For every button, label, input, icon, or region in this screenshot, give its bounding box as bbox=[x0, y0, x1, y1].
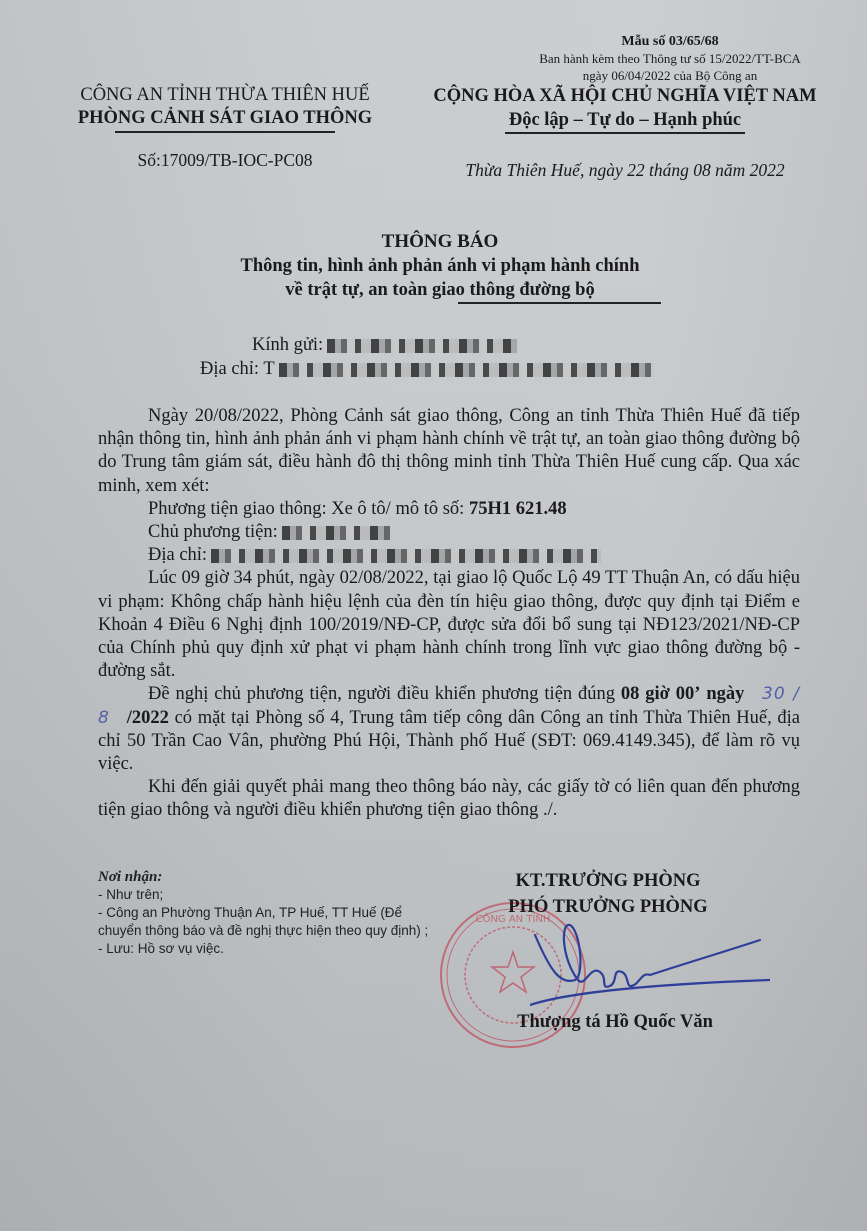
motto-underline bbox=[505, 132, 745, 134]
paragraph-closing: Khi đến giải quyết phải mang theo thông … bbox=[98, 776, 800, 822]
paragraph-violation: Lúc 09 giờ 34 phút, ngày 02/08/2022, tại… bbox=[98, 567, 800, 683]
form-reference: Mẫu số 03/65/68 Ban hành kèm theo Thông … bbox=[505, 33, 835, 84]
national-header: CỘNG HÒA XÃ HỘI CHỦ NGHĨA VIỆT NAM Độc l… bbox=[405, 84, 845, 134]
recipient-address-label: Địa chỉ: T bbox=[200, 359, 275, 379]
handwritten-signature-icon bbox=[530, 910, 770, 1020]
agency-parent: CÔNG AN TỈNH THỪA THIÊN HUẾ bbox=[55, 84, 395, 106]
redacted-name bbox=[327, 339, 517, 353]
country-name: CỘNG HÒA XÃ HỘI CHỦ NGHĨA VIỆT NAM bbox=[405, 84, 845, 108]
recipients-item: - Như trên; bbox=[98, 886, 438, 904]
owner-address-line: Địa chỉ: bbox=[98, 544, 800, 567]
title-subtitle-2: về trật tự, an toàn giao thông đường bộ bbox=[160, 278, 720, 302]
recipient-to-label: Kính gửi: bbox=[252, 335, 323, 355]
paragraph-summons: Đề nghị chủ phương tiện, người điều khiể… bbox=[98, 683, 800, 776]
recipients-item: - Lưu: Hồ sơ vụ việc. bbox=[98, 940, 438, 958]
recipients-item: - Công an Phường Thuận An, TP Huế, TT Hu… bbox=[98, 904, 438, 940]
redacted-address bbox=[279, 363, 654, 377]
summons-day-label: ngày bbox=[706, 684, 744, 704]
vehicle-line: Phương tiện giao thông: Xe ô tô/ mô tô s… bbox=[98, 498, 800, 521]
document-number: Số:17009/TB-IOC-PC08 bbox=[55, 150, 395, 171]
recipients-heading: Nơi nhận: bbox=[98, 868, 438, 886]
form-issued-with: Ban hành kèm theo Thông tư số 15/2022/TT… bbox=[505, 50, 835, 67]
paragraph-intro: Ngày 20/08/2022, Phòng Cảnh sát giao thô… bbox=[98, 405, 800, 498]
signer-position-1: KT.TRƯỞNG PHÒNG bbox=[468, 868, 748, 894]
form-issued-date: ngày 06/04/2022 của Bộ Công an bbox=[505, 67, 835, 84]
document-body: Ngày 20/08/2022, Phòng Cảnh sát giao thô… bbox=[98, 405, 800, 823]
owner-line: Chủ phương tiện: bbox=[98, 521, 800, 544]
recipient-address: Địa chỉ: T bbox=[200, 357, 720, 381]
recipients-list: Nơi nhận: - Như trên; - Công an Phường T… bbox=[98, 868, 438, 958]
summons-time: 08 giờ 00’ bbox=[621, 684, 701, 704]
title-main: THÔNG BÁO bbox=[160, 230, 720, 254]
recipient-to: Kính gửi: bbox=[200, 333, 720, 357]
agency-underline bbox=[115, 131, 335, 133]
agency-department: PHÒNG CẢNH SÁT GIAO THÔNG bbox=[55, 106, 395, 130]
agency-header: CÔNG AN TỈNH THỪA THIÊN HUẾ PHÒNG CẢNH S… bbox=[55, 84, 395, 133]
summons-year: /2022 bbox=[127, 708, 169, 728]
document-title: THÔNG BÁO Thông tin, hình ảnh phản ánh v… bbox=[160, 230, 720, 304]
title-underline bbox=[458, 302, 661, 304]
owner-address-label: Địa chỉ: bbox=[148, 545, 207, 565]
place-date: Thừa Thiên Huế, ngày 22 tháng 08 năm 202… bbox=[405, 160, 845, 181]
vehicle-plate: 75H1 621.48 bbox=[469, 499, 567, 519]
summons-start: Đề nghị chủ phương tiện, người điều khiể… bbox=[148, 684, 621, 704]
redacted-owner-address bbox=[211, 549, 601, 563]
signer-name: Thượng tá Hồ Quốc Văn bbox=[465, 1012, 765, 1033]
redacted-owner bbox=[282, 526, 392, 540]
form-number: Mẫu số 03/65/68 bbox=[505, 33, 835, 50]
title-subtitle-1: Thông tin, hình ảnh phản ánh vi phạm hàn… bbox=[160, 254, 720, 278]
owner-label: Chủ phương tiện: bbox=[148, 522, 278, 542]
summons-rest: có mặt tại Phòng số 4, Trung tâm tiếp cô… bbox=[98, 708, 800, 774]
recipient-block: Kính gửi: Địa chỉ: T bbox=[200, 333, 720, 381]
vehicle-label: Phương tiện giao thông: Xe ô tô/ mô tô s… bbox=[148, 499, 469, 519]
national-motto: Độc lập – Tự do – Hạnh phúc bbox=[405, 108, 845, 132]
